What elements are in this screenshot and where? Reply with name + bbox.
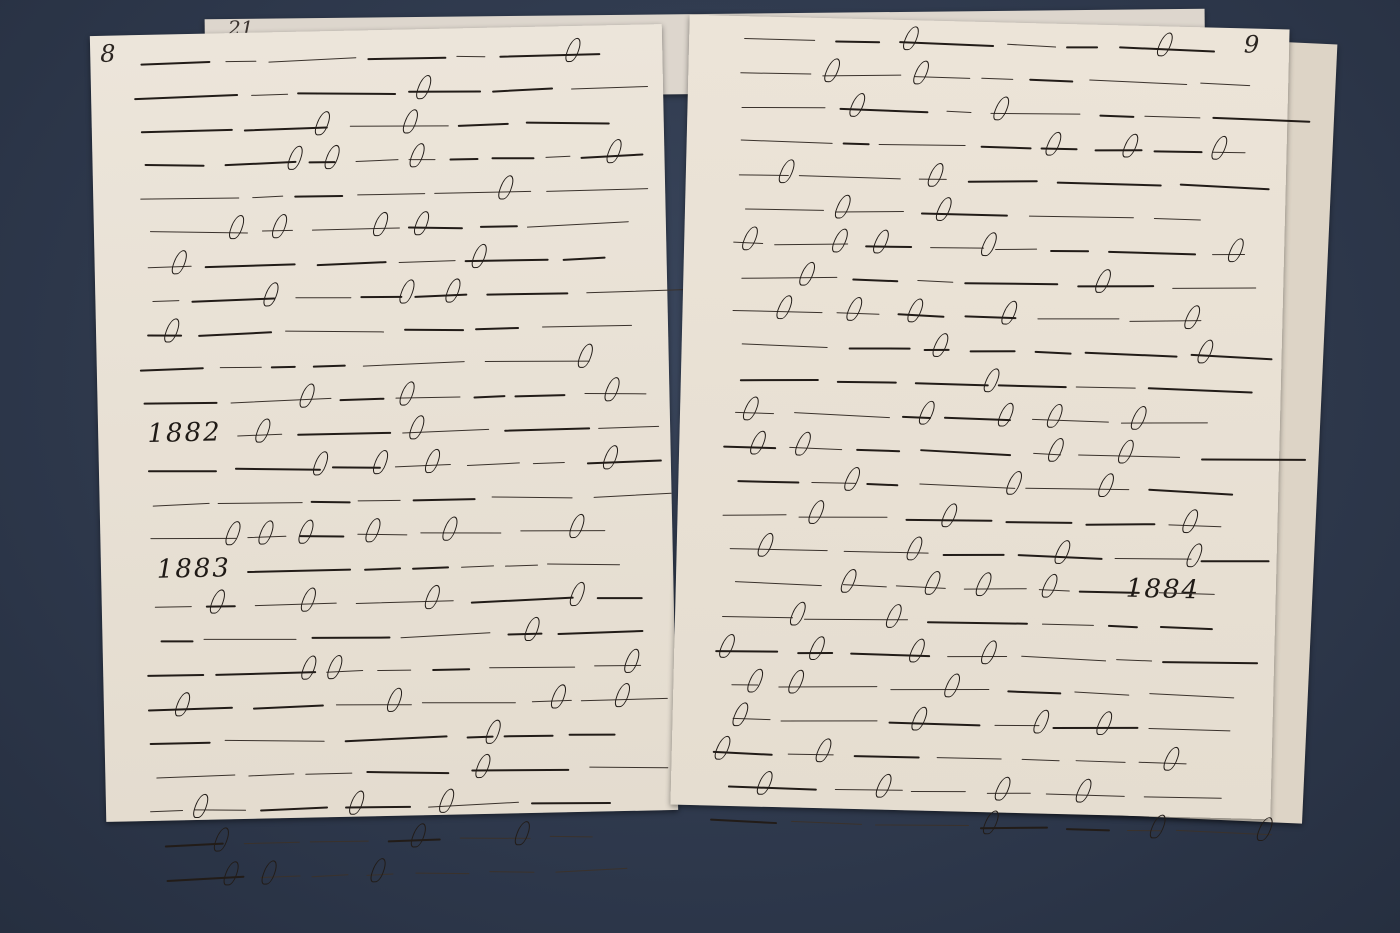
right-handwriting-lines: 1884 (710, 20, 1260, 849)
year-text: 1884 (1125, 574, 1200, 606)
right-manuscript-page: 9 1884 (670, 15, 1289, 819)
left-manuscript-page: 8 18821883 (90, 24, 678, 822)
year-text: 1882 (147, 417, 222, 449)
left-page-number: 8 (100, 40, 116, 68)
year-text: 1883 (156, 553, 231, 585)
left-handwriting-lines: 18821883 (130, 35, 650, 895)
